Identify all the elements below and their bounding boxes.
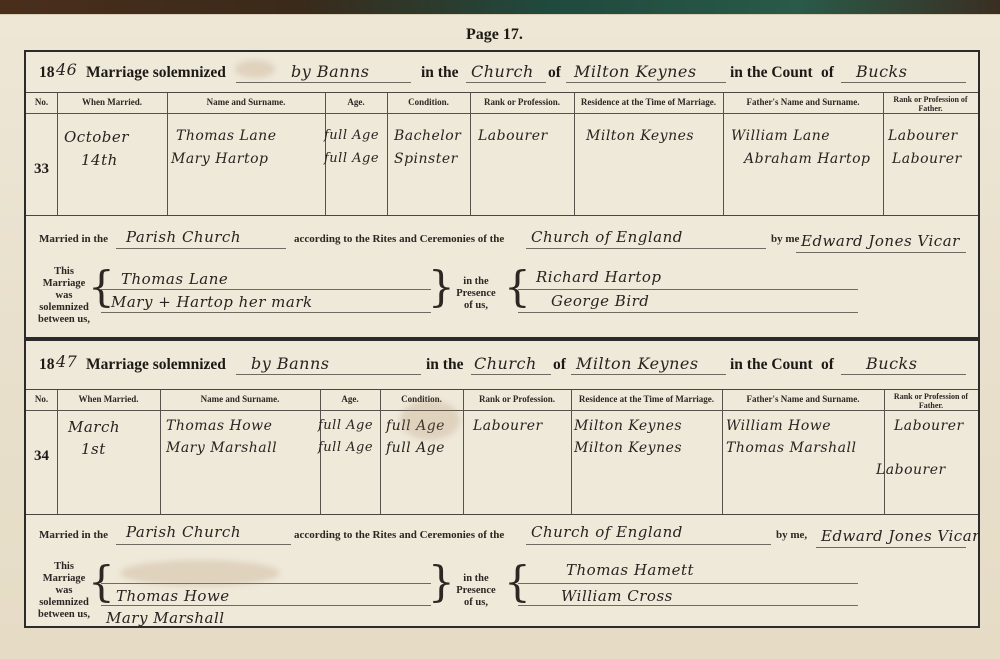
label-of-us: of us, xyxy=(451,300,501,312)
entry-no: 33 xyxy=(34,161,49,178)
label-of-county: of xyxy=(821,64,834,82)
label-in-the: in the xyxy=(421,64,458,82)
year-written: 47 xyxy=(56,352,77,371)
left-brace: { xyxy=(88,561,115,603)
signature-groom: Thomas Lane xyxy=(121,270,228,288)
signature-groom: Thomas Howe xyxy=(116,587,230,605)
entry-headline: 18 47 Marriage solemnized by Banns in th… xyxy=(26,341,978,381)
label-of: of xyxy=(548,64,561,82)
entry-headline: 18 46 Marriage solemnized by Banns in th… xyxy=(26,52,978,92)
bride-condition: Spinster xyxy=(394,151,458,167)
label-in-the-count: in the Count xyxy=(730,64,813,82)
officiant: Edward Jones Vicar xyxy=(801,232,960,250)
col-father: Father's Name and Surname. xyxy=(723,93,883,111)
signature-bride: Mary Marshall xyxy=(106,609,225,627)
page-title: Page 17. xyxy=(466,26,523,44)
label-marriage-solemnized: Marriage solemnized xyxy=(86,64,226,82)
rites-of: Church of England xyxy=(531,228,683,246)
label-was: was xyxy=(34,585,94,597)
when-married-day: 1st xyxy=(81,440,106,458)
groom-father: William Howe xyxy=(726,418,831,434)
when-married-month: March xyxy=(68,418,120,436)
paper-stain xyxy=(235,60,275,78)
label-solemnized: solemnized xyxy=(34,302,94,314)
groom-father: William Lane xyxy=(731,128,830,144)
groom-residence: Milton Keynes xyxy=(586,128,694,144)
label-this-marriage: This Marriage xyxy=(34,561,94,585)
when-married-month: October xyxy=(64,128,129,146)
label-presence: Presence xyxy=(451,288,501,300)
groom-rank: Labourer xyxy=(478,128,548,144)
col-when-married: When Married. xyxy=(57,390,160,408)
entry-table: No. When Married. Name and Surname. Age.… xyxy=(26,92,978,216)
label-according-to: according to the Rites and Ceremonies of… xyxy=(294,529,504,541)
col-residence: Residence at the Time of Marriage. xyxy=(574,93,723,111)
rites-of: Church of England xyxy=(531,523,683,541)
bride-age: full Age xyxy=(318,440,373,455)
groom-age: full Age xyxy=(324,128,379,143)
when-married-day: 14th xyxy=(81,151,118,169)
col-age: Age. xyxy=(325,93,387,111)
groom-age: full Age xyxy=(318,418,373,433)
groom-name: Thomas Lane xyxy=(176,128,277,144)
marriage-entry-33: 18 46 Marriage solemnized by Banns in th… xyxy=(24,50,980,339)
married-in-row: Married in the Parish Church according t… xyxy=(26,523,978,553)
parish: Milton Keynes xyxy=(576,354,699,373)
col-no: No. xyxy=(26,390,57,408)
married-in: Parish Church xyxy=(126,228,241,246)
label-was: was xyxy=(34,290,94,302)
col-father: Father's Name and Surname. xyxy=(722,390,884,408)
officiant: Edward Jones Vicar xyxy=(821,527,980,545)
label-in-the-presence: in the xyxy=(451,573,501,585)
bride-father-rank: Labourer xyxy=(892,151,962,167)
year-written: 46 xyxy=(56,60,77,79)
label-of-county: of xyxy=(821,356,834,374)
groom-condition: Bachelor xyxy=(394,128,461,144)
witness-brace: { xyxy=(504,561,531,603)
label-this-marriage: This Marriage xyxy=(34,266,94,290)
year-printed: 18 xyxy=(39,64,55,82)
col-when-married: When Married. xyxy=(57,93,167,111)
paper-stain xyxy=(120,560,280,586)
bride-father: Abraham Hartop xyxy=(744,151,870,167)
signatures-row: This Marriage was solemnized between us,… xyxy=(26,262,978,330)
signature-bride: Mary + Hartop her mark xyxy=(111,293,313,311)
married-in-row: Married in the Parish Church according t… xyxy=(26,228,978,258)
label-married-in: Married in the xyxy=(39,233,108,245)
label-between-us: between us, xyxy=(34,609,94,621)
witness-1: Thomas Hamett xyxy=(566,561,694,579)
entry-no: 34 xyxy=(34,448,49,465)
parish: Milton Keynes xyxy=(574,62,697,81)
witness-brace: { xyxy=(504,266,531,308)
solemnized-by: by Banns xyxy=(251,354,329,373)
bride-residence: Milton Keynes xyxy=(574,440,682,456)
bride-age: full Age xyxy=(324,151,379,166)
col-no: No. xyxy=(26,93,57,111)
label-according-to: according to the Rites and Ceremonies of… xyxy=(294,233,504,245)
label-between-us: between us, xyxy=(34,314,94,326)
county: Bucks xyxy=(856,62,907,81)
col-name: Name and Surname. xyxy=(160,390,320,408)
col-rank: Rank or Profession. xyxy=(470,93,574,111)
witness-2: William Cross xyxy=(561,587,673,605)
paper-stain xyxy=(400,400,460,440)
bride-father-rank: Labourer xyxy=(876,462,946,478)
label-by-me: by me, xyxy=(776,529,807,541)
col-rank: Rank or Profession. xyxy=(463,390,571,408)
bride-name: Mary Marshall xyxy=(166,440,277,456)
label-presence: Presence xyxy=(451,585,501,597)
label-of-us: of us, xyxy=(451,597,501,609)
label-in-the: in the xyxy=(426,356,463,374)
church: Church xyxy=(474,354,537,373)
witness-2: George Bird xyxy=(551,292,649,310)
col-condition: Condition. xyxy=(387,93,470,111)
solemnized-by: by Banns xyxy=(291,62,369,81)
col-residence: Residence at the Time of Marriage. xyxy=(571,390,722,408)
col-age: Age. xyxy=(320,390,380,408)
label-marriage-solemnized: Marriage solemnized xyxy=(86,356,226,374)
groom-father-rank: Labourer xyxy=(888,128,958,144)
groom-residence: Milton Keynes xyxy=(574,418,682,434)
groom-father-rank: Labourer xyxy=(894,418,964,434)
label-of: of xyxy=(553,356,566,374)
entry-table: No. When Married. Name and Surname. Age.… xyxy=(26,389,978,515)
church: Church xyxy=(471,62,534,81)
label-in-the-presence: in the xyxy=(451,276,501,288)
col-father-rank: Rank or Profession of Father. xyxy=(884,390,978,408)
year-printed: 18 xyxy=(39,356,55,374)
label-in-the-count: in the Count xyxy=(730,356,813,374)
col-father-rank: Rank or Profession of Father. xyxy=(883,93,978,111)
bride-father: Thomas Marshall xyxy=(726,440,856,456)
witness-1: Richard Hartop xyxy=(536,268,662,286)
groom-name: Thomas Howe xyxy=(166,418,272,434)
col-name: Name and Surname. xyxy=(167,93,325,111)
groom-rank: Labourer xyxy=(473,418,543,434)
bride-name: Mary Hartop xyxy=(171,151,269,167)
label-by-me: by me xyxy=(771,233,799,245)
married-in: Parish Church xyxy=(126,523,241,541)
county: Bucks xyxy=(866,354,917,373)
bride-condition: full Age xyxy=(386,440,445,456)
label-married-in: Married in the xyxy=(39,529,108,541)
label-solemnized: solemnized xyxy=(34,597,94,609)
